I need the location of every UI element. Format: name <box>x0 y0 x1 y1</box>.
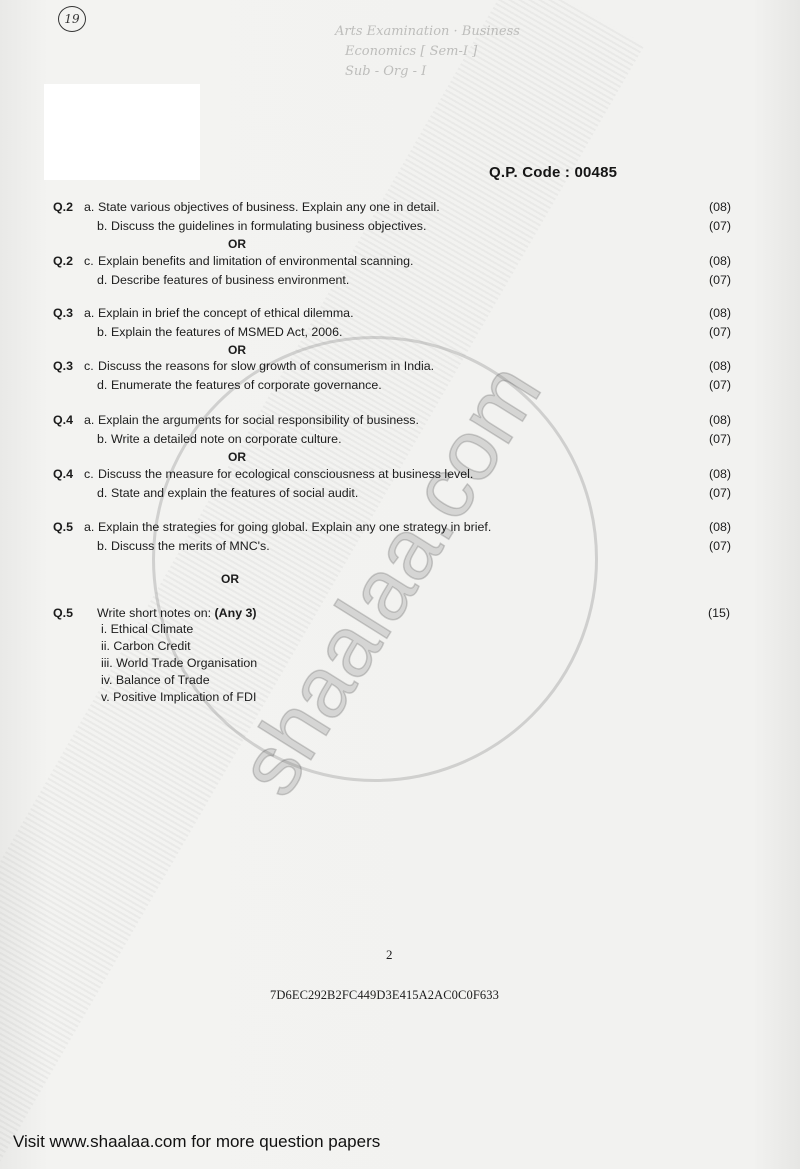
question-marks: (07) <box>709 432 731 446</box>
or-label: OR <box>228 237 246 251</box>
question-text: Discuss the guidelines in formulating bu… <box>111 219 426 233</box>
question-marks: (08) <box>709 467 731 481</box>
question-text: Discuss the merits of MNC's. <box>111 539 270 553</box>
handwritten-page-number: 19 <box>58 6 86 32</box>
footer-note: Visit www.shaalaa.com for more question … <box>13 1132 380 1152</box>
question-text: Discuss the measure for ecological consc… <box>98 467 473 481</box>
question-text: State and explain the features of social… <box>111 486 358 500</box>
short-note-item: ii. Carbon Credit <box>101 639 191 653</box>
or-separator: OR <box>0 450 800 468</box>
question-marks: (08) <box>709 254 731 268</box>
redacted-box <box>44 84 200 180</box>
question-text: Explain benefits and limitation of envir… <box>98 254 413 268</box>
question-part: d. <box>97 378 107 392</box>
short-note-item: v. Positive Implication of FDI <box>101 690 256 704</box>
question-part: b. <box>97 539 107 553</box>
question-text: State various objectives of business. Ex… <box>98 200 440 214</box>
show-through-text: Sub - Org - I <box>345 64 426 79</box>
question-marks: (07) <box>709 378 731 392</box>
question-row: Q.3a.Explain in brief the concept of eth… <box>0 306 800 324</box>
question-text: Discuss the reasons for slow growth of c… <box>98 359 434 373</box>
question-marks: (08) <box>709 520 731 534</box>
question-number: Q.5 <box>53 520 73 534</box>
short-note-item: i. Ethical Climate <box>101 622 193 636</box>
show-through-text: Arts Examination · Business <box>335 24 520 39</box>
question-marks: (08) <box>709 306 731 320</box>
question-row: Q.4c.Discuss the measure for ecological … <box>0 467 800 485</box>
question-part: a. <box>84 200 94 214</box>
question-marks: (07) <box>709 219 731 233</box>
question-text: Explain in brief the concept of ethical … <box>98 306 354 320</box>
question-part: a. <box>84 306 94 320</box>
question-marks: (07) <box>709 539 731 553</box>
short-note-item: iv. Balance of Trade <box>101 673 210 687</box>
question-row: b.Explain the features of MSMED Act, 200… <box>0 325 800 343</box>
question-marks: (08) <box>709 413 731 427</box>
question-part: c. <box>84 359 94 373</box>
question-part: a. <box>84 520 94 534</box>
question-row: Q.3c.Discuss the reasons for slow growth… <box>0 359 800 377</box>
question-number: Q.4 <box>53 467 73 481</box>
short-notes-prompt: Write short notes on: (Any 3) <box>97 606 257 620</box>
question-text: Explain the arguments for social respons… <box>98 413 419 427</box>
question-part: c. <box>84 467 94 481</box>
question-number: Q.2 <box>53 254 73 268</box>
question-part: b. <box>97 325 107 339</box>
show-through-text: Economics [ Sem-I ] <box>345 44 477 59</box>
question-row: b.Write a detailed note on corporate cul… <box>0 432 800 450</box>
question-part: b. <box>97 219 107 233</box>
question-paper-page: 19 Arts Examination · Business Economics… <box>0 0 800 1169</box>
question-part: d. <box>97 486 107 500</box>
question-number: Q.3 <box>53 306 73 320</box>
question-text: Describe features of business environmen… <box>111 273 349 287</box>
question-text: Explain the strategies for going global.… <box>98 520 491 534</box>
question-part: b. <box>97 432 107 446</box>
question-text: Enumerate the features of corporate gove… <box>111 378 382 392</box>
question-row: d.State and explain the features of soci… <box>0 486 800 504</box>
question-row: Q.2c.Explain benefits and limitation of … <box>0 254 800 272</box>
page-number: 2 <box>386 947 393 963</box>
question-marks: (08) <box>709 200 731 214</box>
question-number: Q.5 <box>53 606 73 620</box>
or-label: OR <box>228 450 246 464</box>
question-number: Q.3 <box>53 359 73 373</box>
document-hash: 7D6EC292B2FC449D3E415A2AC0C0F633 <box>270 988 499 1003</box>
question-part: a. <box>84 413 94 427</box>
question-marks: (07) <box>709 273 731 287</box>
qp-code: Q.P. Code : 00485 <box>489 164 617 181</box>
question-row: b.Discuss the merits of MNC's.(07) <box>0 539 800 557</box>
question-marks: (15) <box>708 606 730 620</box>
question-part: c. <box>84 254 94 268</box>
question-row: b.Discuss the guidelines in formulating … <box>0 219 800 237</box>
question-part: d. <box>97 273 107 287</box>
or-separator: OR <box>0 237 800 255</box>
question-text: Explain the features of MSMED Act, 2006. <box>111 325 342 339</box>
watermark-circle <box>152 336 598 782</box>
question-row: d.Enumerate the features of corporate go… <box>0 378 800 396</box>
question-text: Write a detailed note on corporate cultu… <box>111 432 342 446</box>
or-label: OR <box>221 572 239 586</box>
or-label: OR <box>228 343 246 357</box>
question-marks: (07) <box>709 486 731 500</box>
question-row: Q.4a.Explain the arguments for social re… <box>0 413 800 431</box>
short-note-item: iii. World Trade Organisation <box>101 656 257 670</box>
or-separator: OR <box>0 572 800 590</box>
question-row: Q.5a.Explain the strategies for going gl… <box>0 520 800 538</box>
question-marks: (08) <box>709 359 731 373</box>
question-number: Q.2 <box>53 200 73 214</box>
question-number: Q.4 <box>53 413 73 427</box>
question-row: Q.2a.State various objectives of busines… <box>0 200 800 218</box>
question-marks: (07) <box>709 325 731 339</box>
question-row: d.Describe features of business environm… <box>0 273 800 291</box>
